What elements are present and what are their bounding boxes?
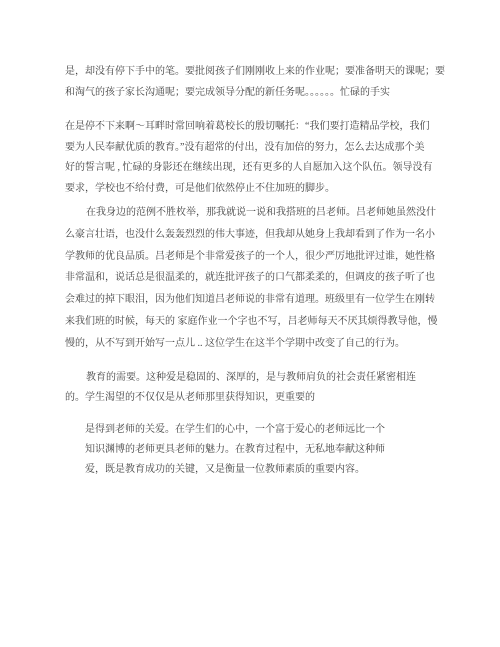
- text-line: 教育的需要。这种爱是稳固的、深厚的，是与教师肩负的社会责任紧密相连: [65, 368, 447, 388]
- document-body: 是，却没有停下手中的笔。要批阅孩子们刚刚收上来的作业呢；要准备明天的课呢；要和淘…: [65, 62, 447, 480]
- text-line: 好的誓言呢 , 忙碌的身影还在继续出现，还有更多的人自愿加入这个队伍。领导没有: [65, 158, 447, 179]
- text-line: 要求，学校也不给付费，可是他们依然停止不住加班的脚步。: [65, 179, 447, 200]
- text-line: 非常温和，说话总是很温柔的，就连批评孩子的口气都柔柔的，但调皮的孩子听了也: [65, 267, 447, 289]
- text-line: 在是停不下来啊～耳畔时常回响着葛校长的殷切嘱托：“我们要打造精品学校，我们: [65, 117, 447, 138]
- text-line: 慢的，从不写到开始写一点儿 .. 这位学生在这半个学期中改变了自己的行为。: [65, 333, 447, 355]
- text-line: 是得到老师的关爱。在学生们的心中，一个富于爱心的老师远比一个: [85, 420, 447, 440]
- paragraph-teacher-lv: 在我身边的范例不胜枚举，那我就说一说和我搭班的吕老师。吕老师她虽然没什么豪言壮语…: [65, 202, 447, 355]
- text-line: 是，却没有停下手中的笔。要批阅孩子们刚刚收上来的作业呢；要准备明天的课呢；要: [65, 62, 447, 83]
- text-line: 来我们班的时候，每天的 家庭作业一个字也不写，吕老师每天不厌其烦得教导他，慢: [65, 311, 447, 333]
- paragraph-busy-hands: 是，却没有停下手中的笔。要批阅孩子们刚刚收上来的作业呢；要准备明天的课呢；要和淘…: [65, 62, 447, 103]
- document-page: 是，却没有停下手中的笔。要批阅孩子们刚刚收上来的作业呢；要准备明天的课呢；要和淘…: [0, 0, 500, 647]
- paragraph-teacher-love: 是得到老师的关爱。在学生们的心中，一个富于爱心的老师远比一个知识渊博的老师更具老…: [65, 420, 447, 480]
- text-line: 和淘气的孩子家长沟通呢；要完成领导分配的新任务呢。。。。。。忙碌的手实: [65, 83, 447, 104]
- paragraph-education-need: 教育的需要。这种爱是稳固的、深厚的，是与教师肩负的社会责任紧密相连的。学生渴望的…: [65, 368, 447, 408]
- text-line: 学教师的优良品质。吕老师是个非常爱孩子的一个人，很少严厉地批评过谁，她性格: [65, 246, 447, 268]
- text-line: 要为人民奉献优质的教育。”没有超常的付出，没有加倍的努力，怎么去达成那个美: [65, 138, 447, 159]
- text-line: 会难过的掉下眼泪，因为他们知道吕老师说的非常有道理。班级里有一位学生在刚转: [65, 289, 447, 311]
- text-line: 爱，既是教育成功的关键，又是衡量一位教师素质的重要内容。: [85, 460, 447, 480]
- paragraph-principal-exhortation: 在是停不下来啊～耳畔时常回响着葛校长的殷切嘱托：“我们要打造精品学校，我们要为人…: [65, 117, 447, 199]
- text-line: 知识渊博的老师更具老师的魅力。在教育过程中，无私地奉献这种师: [85, 440, 447, 460]
- text-line: 的。学生渴望的不仅仅是从老师那里获得知识，更重要的: [65, 388, 447, 408]
- text-line: 么豪言壮语，也没什么轰轰烈烈的伟大事迹，但我却从她身上我却看到了作为一名小: [65, 224, 447, 246]
- text-line: 在我身边的范例不胜枚举，那我就说一说和我搭班的吕老师。吕老师她虽然没什: [65, 202, 447, 224]
